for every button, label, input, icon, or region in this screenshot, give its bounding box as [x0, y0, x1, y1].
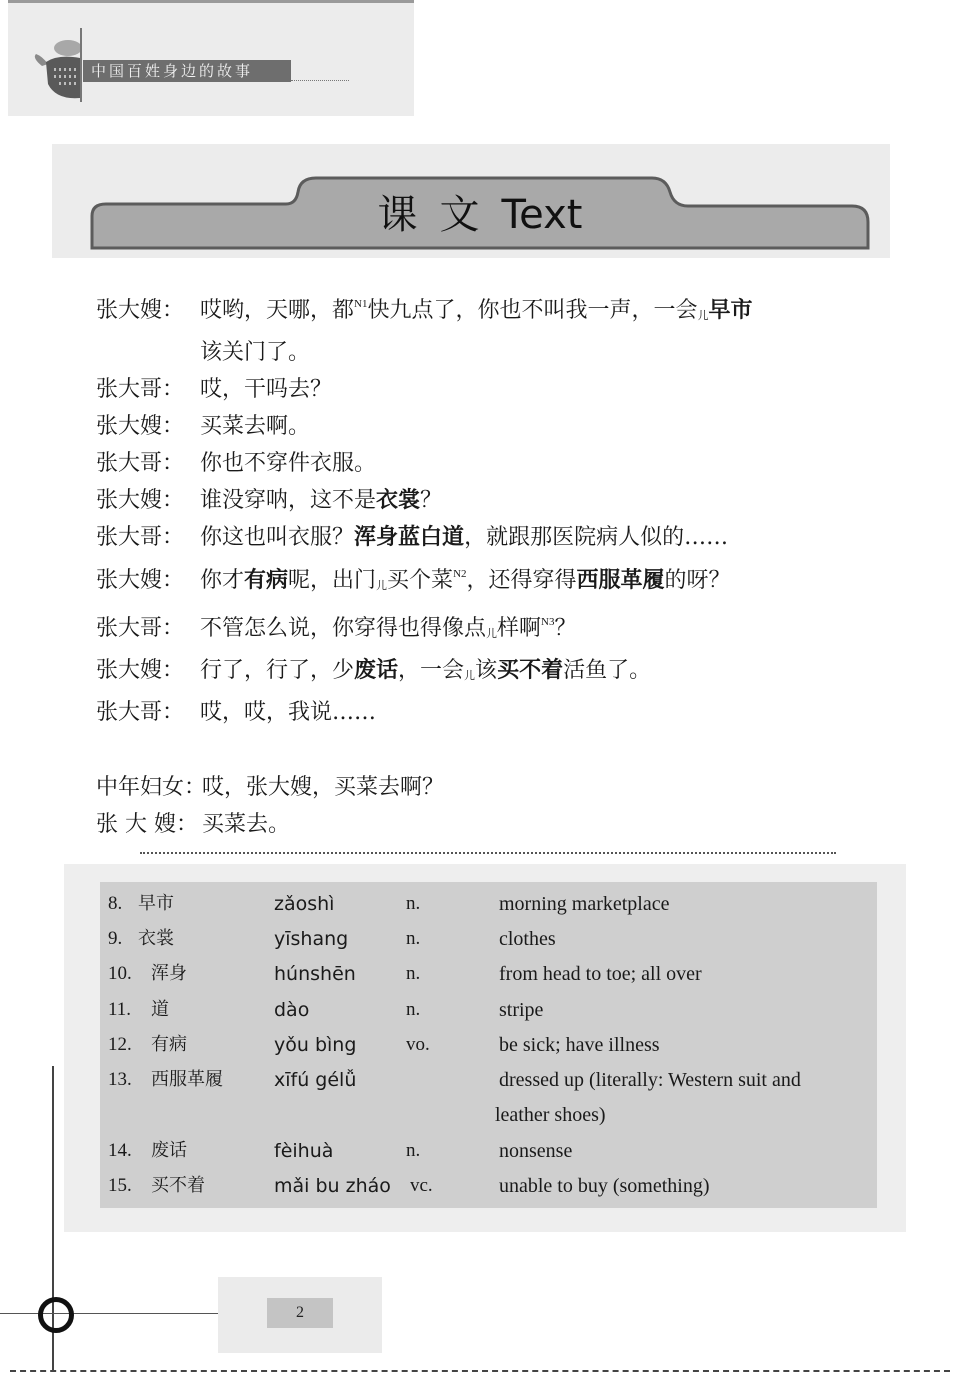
- line-text: 行了，行了，少: [200, 658, 354, 683]
- vocabulary-table: [100, 882, 877, 1208]
- line-text: ，还得穿得: [467, 568, 577, 593]
- dialogue-line-continuation: 该关门了。: [96, 334, 886, 371]
- vocab-term: 早市: [708, 297, 752, 323]
- line-text: 谁没穿呐，这不是: [200, 488, 376, 513]
- vocab-number: 11.: [108, 993, 131, 1027]
- vocab-definition: stripe: [499, 993, 543, 1027]
- vocab-number: 14.: [108, 1134, 132, 1168]
- line-text: 不管怎么说，你穿得也得像点: [200, 616, 486, 641]
- line-text: 哎，哎，我说……: [200, 700, 376, 725]
- vocab-definition: be sick; have illness: [499, 1028, 660, 1062]
- line-text: 哎哟，天哪，都: [200, 298, 354, 323]
- page-number: 2: [267, 1298, 333, 1328]
- dialogue-line: 张大哥：哎，哎，我说……: [96, 694, 886, 731]
- vocab-number: 12.: [108, 1028, 132, 1062]
- line-text: 你才: [200, 568, 244, 593]
- vocab-definition: nonsense: [499, 1134, 572, 1168]
- note-marker[interactable]: N1: [354, 298, 367, 310]
- line-text: ，就跟那医院病人似的……: [464, 525, 728, 550]
- dialogue-line: 张大嫂：哎哟，天哪，都N1快九点了，你也不叫我一声，一会儿早市: [96, 286, 886, 334]
- line-text: ？: [420, 488, 442, 513]
- vocab-pinyin: fèihuà: [274, 1134, 333, 1168]
- vocab-term: 买不着: [497, 657, 563, 683]
- er-suffix: 儿: [486, 627, 497, 640]
- line-text: 买个菜: [387, 568, 453, 593]
- vocab-term: 废话: [354, 657, 398, 683]
- dialogue-line: 张大哥：你这也叫衣服？浑身蓝白道，就跟那医院病人似的……: [96, 519, 886, 556]
- vocab-pos: vc.: [410, 1169, 433, 1203]
- vocab-pinyin: xīfú gélǚ: [274, 1063, 356, 1097]
- series-title: 中国百姓身边的故事: [83, 60, 291, 82]
- registration-mark-icon: [38, 1297, 74, 1333]
- vocab-hanzi: 西服革履: [151, 1063, 223, 1097]
- er-suffix: 儿: [697, 309, 708, 322]
- vocab-term: 衣裳: [376, 487, 420, 513]
- line-text: 呢，出门: [288, 568, 376, 593]
- speaker: 张大哥：: [96, 445, 200, 482]
- dialogue: 张大嫂：哎哟，天哪，都N1快九点了，你也不叫我一声，一会儿早市 该关门了。 张大…: [96, 286, 886, 843]
- line-text: 样啊: [497, 616, 541, 641]
- vocab-number: 9.: [108, 922, 122, 956]
- vocab-pinyin: húnshēn: [274, 957, 356, 991]
- vocab-pos: n.: [406, 1134, 420, 1168]
- vocab-definition: unable to buy (something): [499, 1169, 710, 1203]
- vocab-term: 有病: [244, 567, 288, 593]
- speaker: 张大哥：: [96, 694, 200, 731]
- vocab-term: 西服革履: [577, 567, 665, 593]
- line-text: 该: [475, 658, 497, 683]
- vocab-number: 10.: [108, 957, 132, 991]
- speaker: 张大嫂：: [96, 292, 200, 329]
- vocab-hanzi: 早市: [138, 887, 174, 921]
- vocab-definition: morning marketplace: [499, 887, 670, 921]
- vocab-pos: vo.: [406, 1028, 430, 1062]
- line-text: ，一会: [398, 658, 464, 683]
- vocab-pos: n.: [406, 887, 420, 921]
- line-text: 活鱼了。: [563, 658, 651, 683]
- vocab-number: 15.: [108, 1169, 132, 1203]
- speaker: 张 大 嫂：: [96, 806, 202, 843]
- dialogue-line: 张大哥：哎，干吗去？: [96, 371, 886, 408]
- vocab-definition: dressed up (literally: Western suit and: [499, 1063, 801, 1097]
- dialogue-line: 张大哥：不管怎么说，你穿得也得像点儿样啊N3？: [96, 604, 886, 652]
- line-text: 快九点了，你也不叫我一声，一会: [367, 298, 697, 323]
- speaker: 中年妇女：: [96, 769, 202, 806]
- vocab-hanzi: 道: [151, 993, 169, 1027]
- speaker: 张大哥：: [96, 371, 200, 408]
- vocab-number: 13.: [108, 1063, 132, 1097]
- line-text: 哎，干吗去？: [200, 377, 332, 402]
- line-text: 买菜去啊。: [200, 414, 310, 439]
- line-text: ？: [554, 616, 576, 641]
- line-text: 哎，张大嫂，买菜去啊？: [202, 775, 444, 800]
- teapot-icon: [28, 28, 88, 100]
- bottom-rule: [10, 1370, 950, 1372]
- speaker: 张大嫂：: [96, 482, 200, 519]
- vocab-hanzi: 废话: [151, 1134, 187, 1168]
- vocab-definition-continuation: leather shoes): [495, 1098, 606, 1132]
- speaker: 张大嫂：: [96, 652, 200, 689]
- vocab-pinyin: mǎi bu zháo: [274, 1169, 391, 1203]
- header-divider: [80, 28, 82, 102]
- vocab-hanzi: 浑身: [151, 957, 187, 991]
- speaker: 张大哥：: [96, 610, 200, 647]
- series-title-rule: [291, 80, 349, 82]
- section-title-en: Text: [502, 192, 583, 238]
- line-text: 你这也叫衣服？: [200, 525, 354, 550]
- er-suffix: 儿: [464, 669, 475, 682]
- dialogue-line: 张大嫂：买菜去啊。: [96, 408, 886, 445]
- speaker: 张大嫂：: [96, 562, 200, 599]
- section-title-cn-2: 文: [440, 192, 480, 238]
- vocab-pos: n.: [406, 922, 420, 956]
- vocab-hanzi: 买不着: [151, 1169, 205, 1203]
- vocab-term: 道: [442, 524, 464, 550]
- dialogue-line: 张大嫂：你才有病呢，出门儿买个菜N2，还得穿得西服革履的呀？: [96, 556, 886, 604]
- dialogue-line: 张 大 嫂：买菜去。: [96, 806, 886, 843]
- vocab-definition: from head to toe; all over: [499, 957, 702, 991]
- dialogue-line: 中年妇女：哎，张大嫂，买菜去啊？: [96, 769, 886, 806]
- note-marker[interactable]: N3: [541, 616, 554, 628]
- line-text: 的呀？: [665, 568, 731, 593]
- dialogue-line: 张大嫂：行了，行了，少废话，一会儿该买不着活鱼了。: [96, 652, 886, 694]
- vocab-pos: n.: [406, 993, 420, 1027]
- dialogue-line: 张大嫂：谁没穿呐，这不是衣裳？: [96, 482, 886, 519]
- note-marker[interactable]: N2: [453, 568, 466, 580]
- er-suffix: 儿: [376, 579, 387, 592]
- scene-break: [96, 731, 886, 769]
- section-title: 课文Text: [300, 188, 660, 242]
- vocab-pinyin: yīshang: [274, 922, 348, 956]
- speaker: 张大嫂：: [96, 408, 200, 445]
- line-text: 蓝白: [398, 524, 442, 550]
- vocab-hanzi: 有病: [151, 1028, 187, 1062]
- section-divider: [140, 852, 836, 854]
- vocab-pos: n.: [406, 957, 420, 991]
- vocab-number: 8.: [108, 887, 122, 921]
- vocab-pinyin: dào: [274, 993, 309, 1027]
- header-top-rule: [8, 0, 414, 3]
- line-text: 你也不穿件衣服。: [200, 451, 376, 476]
- vocab-term: 浑身: [354, 524, 398, 550]
- vocab-definition: clothes: [499, 922, 556, 956]
- vocab-pinyin: zǎoshì: [274, 887, 334, 921]
- section-title-cn-1: 课: [378, 192, 418, 238]
- line-text: 买菜去。: [202, 812, 290, 837]
- vocab-pinyin: yǒu bìng: [274, 1028, 356, 1062]
- vocab-hanzi: 衣裳: [138, 922, 174, 956]
- dialogue-line: 张大哥：你也不穿件衣服。: [96, 445, 886, 482]
- speaker: 张大哥：: [96, 519, 200, 556]
